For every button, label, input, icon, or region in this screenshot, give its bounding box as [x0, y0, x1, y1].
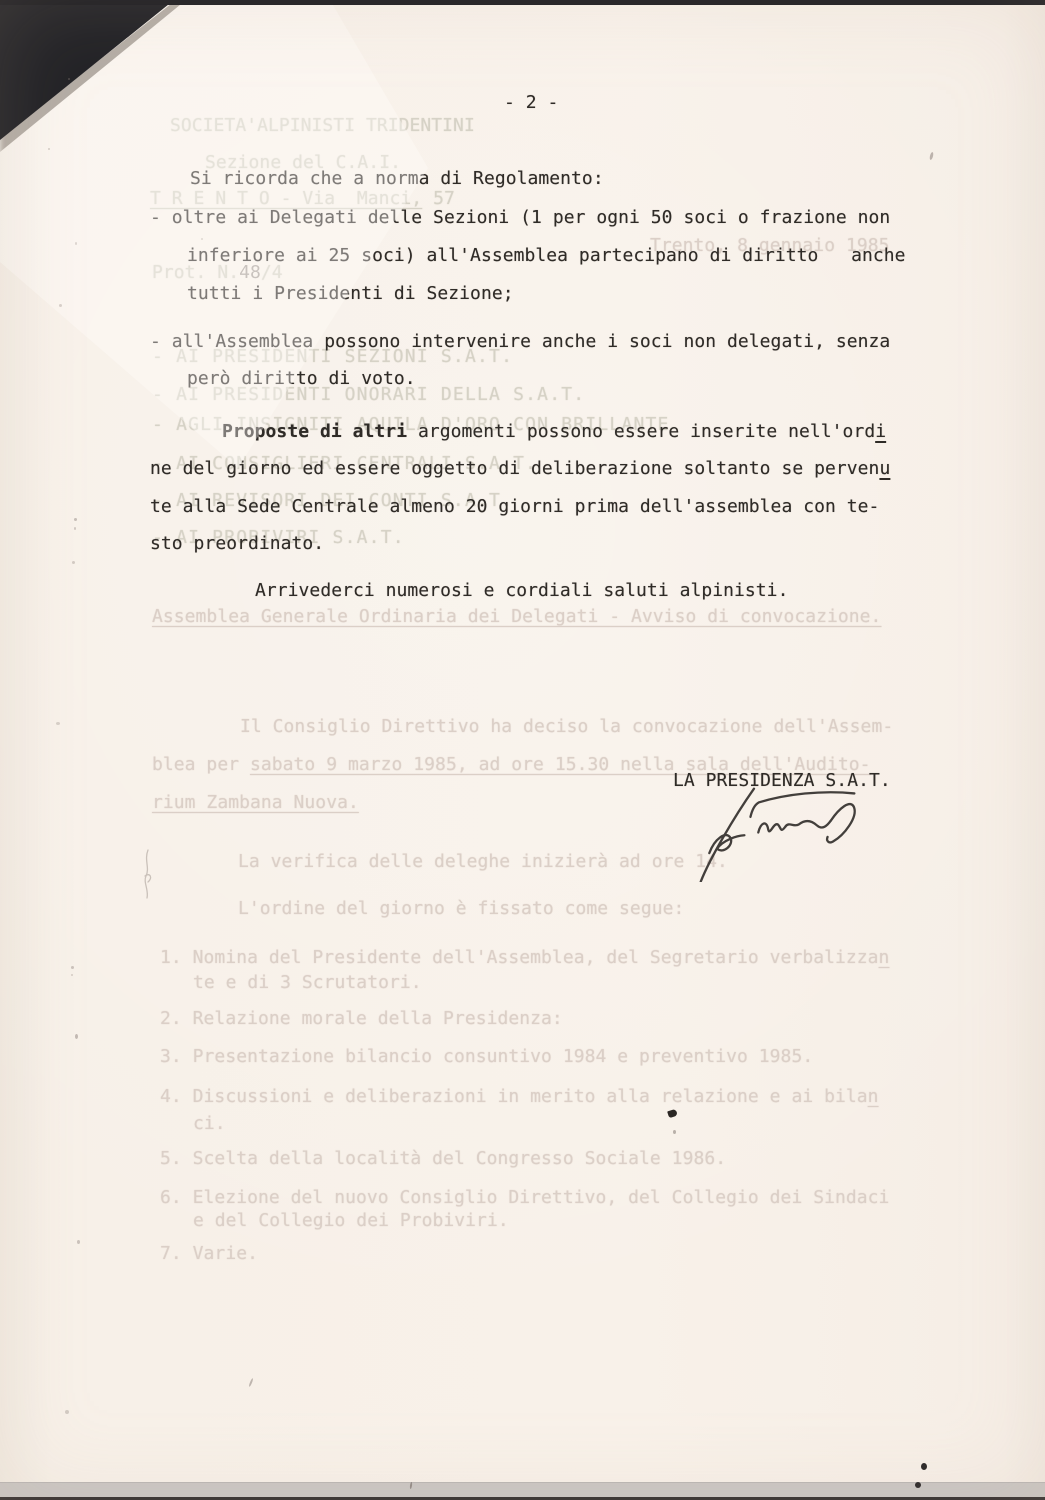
ghost-line-segment: 57 — [422, 188, 455, 209]
ghost-line: Assemblea Generale Ordinaria dei Delegat… — [152, 606, 881, 627]
typed-line-segment: però diritto di voto. — [187, 368, 416, 389]
ghost-line-segment: blea per — [152, 754, 250, 775]
ghost-line-segment: Assemblea Generale Ordinaria dei Delegat… — [152, 606, 881, 627]
typed-line: - oltre ai Delegati delle Sezioni (1 per… — [150, 207, 890, 228]
ghost-line: 6. Elezione del nuovo Consiglio Direttiv… — [160, 1187, 889, 1208]
page-bottom-shadow — [0, 1482, 1045, 1498]
ghost-line: 3. Presentazione bilancio consuntivo 198… — [160, 1046, 813, 1067]
typed-line-segment: te alla Sede Centrale almeno 20 giorni p… — [150, 496, 879, 517]
ghost-line-segment: 4. Discussioni e deliberazioni in merito… — [160, 1086, 868, 1107]
typed-line-segment: Arrivederci numerosi e cordiali saluti a… — [255, 580, 788, 601]
ghost-line: ci. — [193, 1113, 226, 1134]
dust-speck — [71, 966, 74, 969]
ghost-line: 1. Nomina del Presidente dell'Assemblea,… — [160, 947, 889, 968]
dust-speck — [75, 242, 77, 245]
typed-line: tutti i Presidenti di Sezione; — [187, 283, 514, 304]
ghost-line-segment: T R E N T O - Via Manci, — [150, 188, 422, 209]
page-corner-fold — [0, 0, 210, 170]
typed-line-segment: u — [879, 458, 890, 479]
typed-line: però diritto di voto. — [187, 368, 416, 389]
pencil-mark — [140, 848, 162, 902]
dust-speck — [56, 722, 60, 725]
ghost-line: T R E N T O - Via Manci, 57 — [150, 188, 455, 209]
typed-line: Arrivederci numerosi e cordiali saluti a… — [255, 580, 788, 601]
typed-line: inferiore ai 25 soci) all'Assemblea part… — [187, 245, 906, 266]
ghost-line: SOCIETA'ALPINISTI TRIDENTINI — [170, 115, 475, 136]
typed-line: ne del giorno ed essere oggetto di delib… — [150, 458, 890, 479]
ghost-line-segment: 5. Scelta della località del Congresso S… — [160, 1148, 726, 1169]
dust-speck — [65, 1410, 69, 1414]
typed-line-segment: Si ricorda che a norma di Regolamento: — [190, 168, 604, 189]
typed-line: - all'Assemblea possono intervenire anch… — [150, 331, 890, 352]
typed-line-segment: inferiore ai 25 soci) all'Assemblea part… — [187, 245, 906, 266]
typed-line-segment: - 2 - — [504, 92, 558, 113]
signature-ink — [648, 772, 888, 882]
pencil-tick — [248, 1378, 253, 1387]
typed-line: te alla Sede Centrale almeno 20 giorni p… — [150, 496, 879, 517]
ghost-line: e del Collegio dei Probiviri. — [193, 1210, 509, 1231]
ghost-line: te e di 3 Scrutatori. — [193, 972, 422, 993]
dust-speck — [201, 238, 203, 240]
dust-speck — [74, 518, 77, 521]
ink-speck — [667, 1109, 678, 1118]
typed-line-segment: - oltre ai Delegati delle Sezioni (1 per… — [150, 207, 890, 228]
dust-speck — [71, 974, 73, 976]
ghost-line-segment: 1. Nomina del Presidente dell'Assemblea,… — [160, 947, 879, 968]
dust-speck — [59, 304, 62, 307]
typed-line-segment: Proposte di altri — [222, 421, 407, 442]
ghost-line-segment: e del Collegio dei Probiviri. — [193, 1210, 509, 1231]
ghost-line: 5. Scelta della località del Congresso S… — [160, 1148, 726, 1169]
typed-line: sto preordinato. — [150, 533, 324, 554]
ghost-line-segment: n — [868, 1086, 879, 1107]
typed-line-segment: sto preordinato. — [150, 533, 324, 554]
ghost-line-segment: 7. Varie. — [160, 1243, 258, 1264]
dust-speck — [77, 1240, 80, 1244]
dust-speck — [75, 1034, 78, 1039]
typed-line: Proposte di altri argomenti possono esse… — [222, 421, 886, 442]
typed-line-segment: argomenti possono essere inserite nell'o… — [407, 421, 875, 442]
typed-line-segment: ne del giorno ed essere oggetto di delib… — [150, 458, 879, 479]
typed-line: - 2 - — [504, 92, 558, 113]
ghost-line: rium Zambana Nuova. — [152, 792, 359, 813]
ghost-line-segment: L'ordine del giorno è fissato come segue… — [238, 898, 684, 919]
typed-line: Si ricorda che a norma di Regolamento: — [190, 168, 604, 189]
dust-speck — [72, 561, 75, 564]
ghost-line: 2. Relazione morale della Presidenza: — [160, 1008, 563, 1029]
ghost-line-segment: te e di 3 Scrutatori. — [193, 972, 422, 993]
dust-speck — [68, 78, 70, 80]
ink-speck — [929, 152, 934, 160]
ink-speck — [921, 1463, 927, 1470]
dust-speck — [74, 527, 76, 530]
typed-line-segment: - all'Assemblea possono intervenire anch… — [150, 331, 890, 352]
ghost-line-segment: n — [879, 947, 890, 968]
ghost-line-segment: Il Consiglio Direttivo ha deciso la conv… — [240, 716, 893, 737]
ghost-line: L'ordine del giorno è fissato come segue… — [238, 898, 684, 919]
ghost-line-segment: 6. Elezione del nuovo Consiglio Direttiv… — [160, 1187, 889, 1208]
ghost-line-segment: 3. Presentazione bilancio consuntivo 198… — [160, 1046, 813, 1067]
typed-line-segment: i — [875, 421, 886, 442]
scanned-document-page: SOCIETA'ALPINISTI TRIDENTINISezione del … — [0, 0, 1045, 1500]
dust-speck — [48, 148, 50, 150]
ghost-line-segment: rium Zambana Nuova. — [152, 792, 359, 813]
ghost-line-segment: 2. Relazione morale della Presidenza: — [160, 1008, 563, 1029]
typed-line-segment: tutti i Presidenti di Sezione; — [187, 283, 514, 304]
ink-speck — [915, 1482, 921, 1488]
ghost-line: 7. Varie. — [160, 1243, 258, 1264]
ghost-line-segment: ci. — [193, 1113, 226, 1134]
ink-speck — [673, 1130, 676, 1134]
ghost-line: 4. Discussioni e deliberazioni in merito… — [160, 1086, 879, 1107]
scanner-top-edge — [0, 0, 1045, 5]
ghost-line: Il Consiglio Direttivo ha deciso la conv… — [240, 716, 893, 737]
ghost-line-segment: SOCIETA'ALPINISTI TRIDENTINI — [170, 115, 475, 136]
